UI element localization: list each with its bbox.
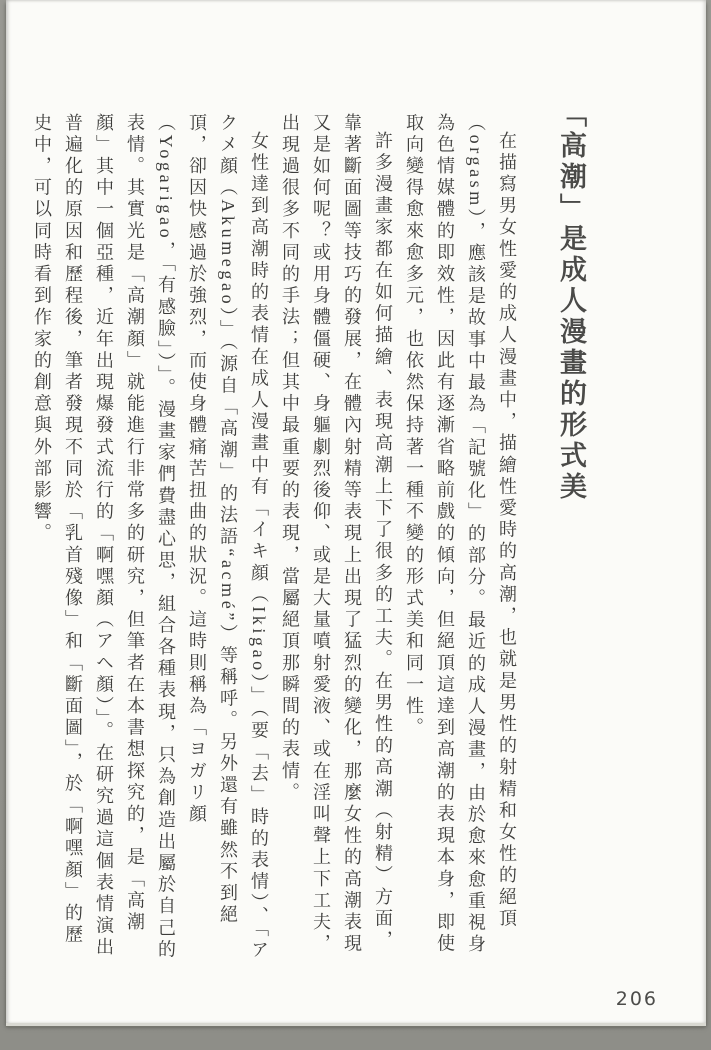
paragraph-3: 女性達到高潮時的表情在成人漫畫中有「イキ顔（Ikigao）」（要「去」時的表情）… bbox=[26, 113, 274, 966]
chapter-title: 「高潮」是成人漫畫的形式美 bbox=[552, 100, 591, 966]
page-content: 「高潮」是成人漫畫的形式美 在描寫男女性愛的成人漫畫中，描繪性愛時的高潮，也就是… bbox=[26, 100, 621, 966]
page-number: 206 bbox=[616, 988, 658, 1010]
book-scan-background: 「高潮」是成人漫畫的形式美 在描寫男女性愛的成人漫畫中，描繪性愛時的高潮，也就是… bbox=[0, 0, 711, 1050]
paragraph-2: 許多漫畫家都在如何描繪、表現高潮上下了很多的工夫。在男性的高潮（射精）方面，靠著… bbox=[274, 113, 398, 966]
paragraph-1: 在描寫男女性愛的成人漫畫中，描繪性愛時的高潮，也就是男性的射精和女性的絕頂（or… bbox=[398, 113, 522, 966]
body-text: 在描寫男女性愛的成人漫畫中，描繪性愛時的高潮，也就是男性的射精和女性的絕頂（or… bbox=[26, 100, 522, 966]
book-page: 「高潮」是成人漫畫的形式美 在描寫男女性愛的成人漫畫中，描繪性愛時的高潮，也就是… bbox=[6, 0, 706, 1024]
